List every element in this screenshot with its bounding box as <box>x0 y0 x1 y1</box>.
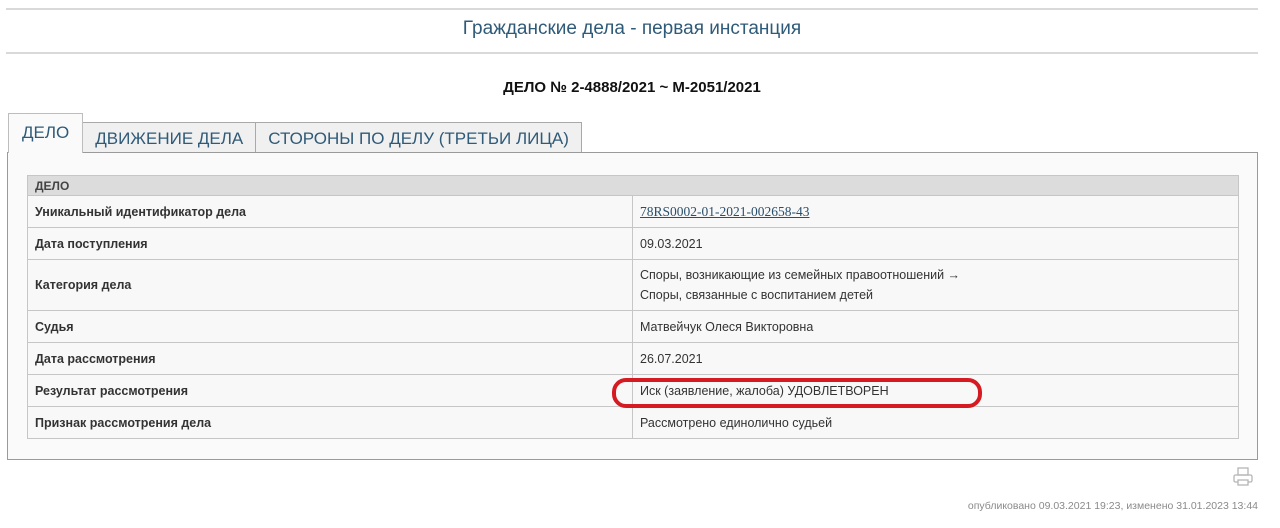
table-row: Категория дела Споры, возникающие из сем… <box>28 260 1239 311</box>
table-row: Судья Матвейчук Олеся Викторовна <box>28 311 1239 343</box>
row-label: Судья <box>28 311 633 343</box>
tab-case-movement[interactable]: ДВИЖЕНИЕ ДЕЛА <box>82 122 256 153</box>
case-tab-panel: ДЕЛО Уникальный идентификатор дела 78RS0… <box>7 152 1258 460</box>
table-row: Признак рассмотрения дела Рассмотрено ед… <box>28 407 1239 439</box>
category-line-1: Споры, возникающие из семейных правоотно… <box>640 265 1231 285</box>
table-row: Уникальный идентификатор дела 78RS0002-0… <box>28 196 1239 228</box>
table-section-header: ДЕЛО <box>28 176 1239 196</box>
row-value: Рассмотрено единолично судьей <box>633 407 1239 439</box>
table-row: Результат рассмотрения Иск (заявление, ж… <box>28 375 1239 407</box>
category-line-2: Споры, связанные с воспитанием детей <box>640 285 1231 305</box>
row-label: Признак рассмотрения дела <box>28 407 633 439</box>
publication-meta: опубликовано 09.03.2021 19:23, изменено … <box>968 500 1258 512</box>
row-label: Категория дела <box>28 260 633 311</box>
row-value: 26.07.2021 <box>633 343 1239 375</box>
row-value: Матвейчук Олеся Викторовна <box>633 311 1239 343</box>
row-value: Споры, возникающие из семейных правоотно… <box>633 260 1239 311</box>
table-row: Дата рассмотрения 26.07.2021 <box>28 343 1239 375</box>
tab-case[interactable]: ДЕЛО <box>8 113 83 153</box>
tab-parties[interactable]: СТОРОНЫ ПО ДЕЛУ (ТРЕТЬИ ЛИЦА) <box>255 122 582 153</box>
title-divider <box>6 52 1258 54</box>
top-divider <box>6 8 1258 10</box>
case-details-table: ДЕЛО Уникальный идентификатор дела 78RS0… <box>27 175 1239 439</box>
row-label: Дата рассмотрения <box>28 343 633 375</box>
case-uid-link[interactable]: 78RS0002-01-2021-002658-43 <box>640 204 810 219</box>
case-number-heading: ДЕЛО № 2-4888/2021 ~ М-2051/2021 <box>0 79 1264 96</box>
page-title: Гражданские дела - первая инстанция <box>0 18 1264 40</box>
row-label: Результат рассмотрения <box>28 375 633 407</box>
section-header-label: ДЕЛО <box>28 176 1239 196</box>
row-label: Уникальный идентификатор дела <box>28 196 633 228</box>
row-value: Иск (заявление, жалоба) УДОВЛЕТВОРЕН <box>633 375 1239 407</box>
row-value: 09.03.2021 <box>633 228 1239 260</box>
printer-icon[interactable] <box>1232 467 1254 487</box>
case-tabs: ДЕЛО ДВИЖЕНИЕ ДЕЛА СТОРОНЫ ПО ДЕЛУ (ТРЕТ… <box>8 113 581 153</box>
table-row: Дата поступления 09.03.2021 <box>28 228 1239 260</box>
row-value: 78RS0002-01-2021-002658-43 <box>633 196 1239 228</box>
row-label: Дата поступления <box>28 228 633 260</box>
